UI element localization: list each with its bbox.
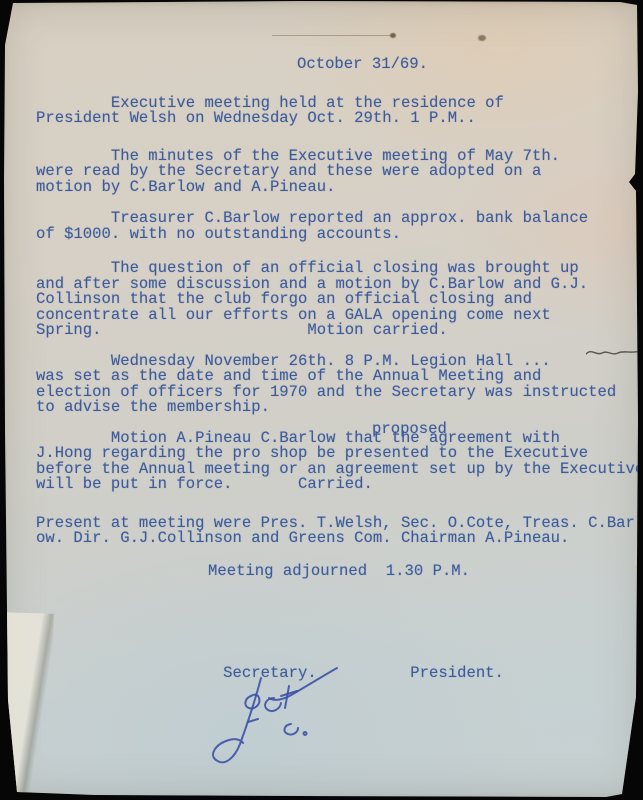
typed-line: Spring. Motion carried. bbox=[36, 323, 643, 339]
scratch-dot bbox=[390, 33, 396, 38]
typed-line: will be put in force. Carried. bbox=[36, 477, 643, 493]
paragraph-attendees: Present at meeting were Pres. T.Welsh, S… bbox=[36, 516, 643, 547]
typed-line: ow. Dir. G.J.Collinson and Greens Com. C… bbox=[36, 531, 643, 547]
typed-line: of $1000. with no outstanding accounts. bbox=[36, 227, 643, 243]
typed-line: President Welsh on Wednesday Oct. 29th. … bbox=[36, 111, 643, 127]
inserted-word-proposed: proposed bbox=[372, 422, 447, 438]
paragraph-official-closing: The question of an official closing was … bbox=[36, 261, 643, 339]
typed-line: motion by C.Barlow and A.Pineau. bbox=[36, 180, 643, 196]
paragraph-minutes-adopted: The minutes of the Executive meeting of … bbox=[36, 149, 643, 196]
adjourned-line: Meeting adjourned 1.30 P.M. bbox=[208, 564, 643, 580]
date-line: October 31/69. bbox=[297, 57, 643, 73]
paragraph-treasurer-report: Treasurer C.Barlow reported an approx. b… bbox=[36, 211, 643, 242]
scan-background: October 31/69. Executive meeting held at… bbox=[0, 0, 643, 800]
scratch-mark bbox=[272, 35, 394, 36]
paragraph-meeting-held: Executive meeting held at the residence … bbox=[36, 96, 643, 127]
secretary-handwritten-signature bbox=[185, 652, 355, 782]
stain-spot bbox=[478, 35, 486, 41]
paragraph-proshop-agreement: proposed Motion A.Pineau C.Barlow that t… bbox=[36, 431, 643, 493]
paragraph-annual-meeting: Wednesday November 26th. 8 P.M. Legion H… bbox=[36, 354, 643, 416]
document-text: October 31/69. Executive meeting held at… bbox=[36, 57, 643, 682]
typed-line: to advise the membership. bbox=[36, 400, 643, 416]
scanned-document-page: October 31/69. Executive meeting held at… bbox=[0, 0, 643, 800]
